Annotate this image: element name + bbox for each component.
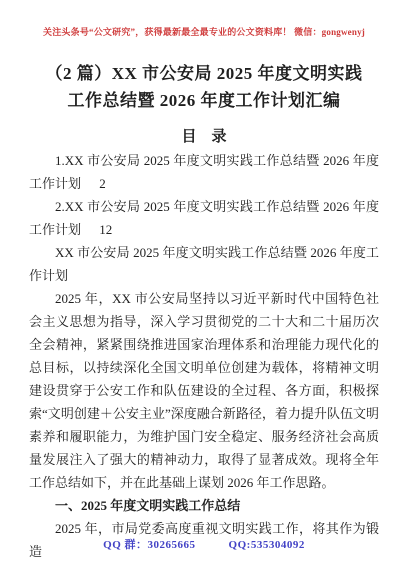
toc-entry: 1.XX 市公安局 2025 年度文明实践工作总结暨 2026 年度工作计划2 <box>29 149 379 195</box>
promo-header-text: 关注头条号“公文研究”，获得最新最全最专业的公文资料库！ 微信：gongweny… <box>0 25 408 38</box>
document-title-line-1: （2 篇）XX 市公安局 2025 年度文明实践 <box>0 60 408 87</box>
qq-label: QQ: <box>229 539 251 551</box>
body-paragraph: 2025 年，XX 市公安局坚持以习近平新时代中国特色社会主义思想为指导，深入学… <box>29 287 379 494</box>
section-heading: 一、2025 年度文明实践工作总结 <box>29 494 379 517</box>
document-title: （2 篇）XX 市公安局 2025 年度文明实践 工作总结暨 2026 年度工作… <box>0 0 408 114</box>
first-document-title: XX 市公安局 2025 年度文明实践工作总结暨 2026 年度工作计划 <box>29 241 379 287</box>
qq-group-label: QQ 群： <box>103 539 147 551</box>
document-title-line-2: 工作总结暨 2026 年度工作计划汇编 <box>0 87 408 114</box>
toc-entry-label: 2.XX 市公安局 2025 年度文明实践工作总结暨 2026 年度工作计划 <box>29 199 379 237</box>
toc-entry: 2.XX 市公安局 2025 年度文明实践工作总结暨 2026 年度工作计划12 <box>29 195 379 241</box>
qq-group-number: 30265665 <box>148 539 196 551</box>
qq-number: 535304092 <box>251 539 305 551</box>
toc-heading: 目 录 <box>0 126 408 148</box>
toc-entry-label: 1.XX 市公安局 2025 年度文明实践工作总结暨 2026 年度工作计划 <box>29 153 379 191</box>
toc-entry-page-number: 2 <box>99 176 106 191</box>
document-page: 关注头条号“公文研究”，获得最新最全最专业的公文资料库！ 微信：gongweny… <box>0 0 408 580</box>
toc-entry-page-number: 12 <box>99 222 112 237</box>
document-body: 1.XX 市公安局 2025 年度文明实践工作总结暨 2026 年度工作计划2 … <box>29 149 379 563</box>
qq-footer: QQ 群：30265665QQ:535304092 <box>0 536 408 552</box>
